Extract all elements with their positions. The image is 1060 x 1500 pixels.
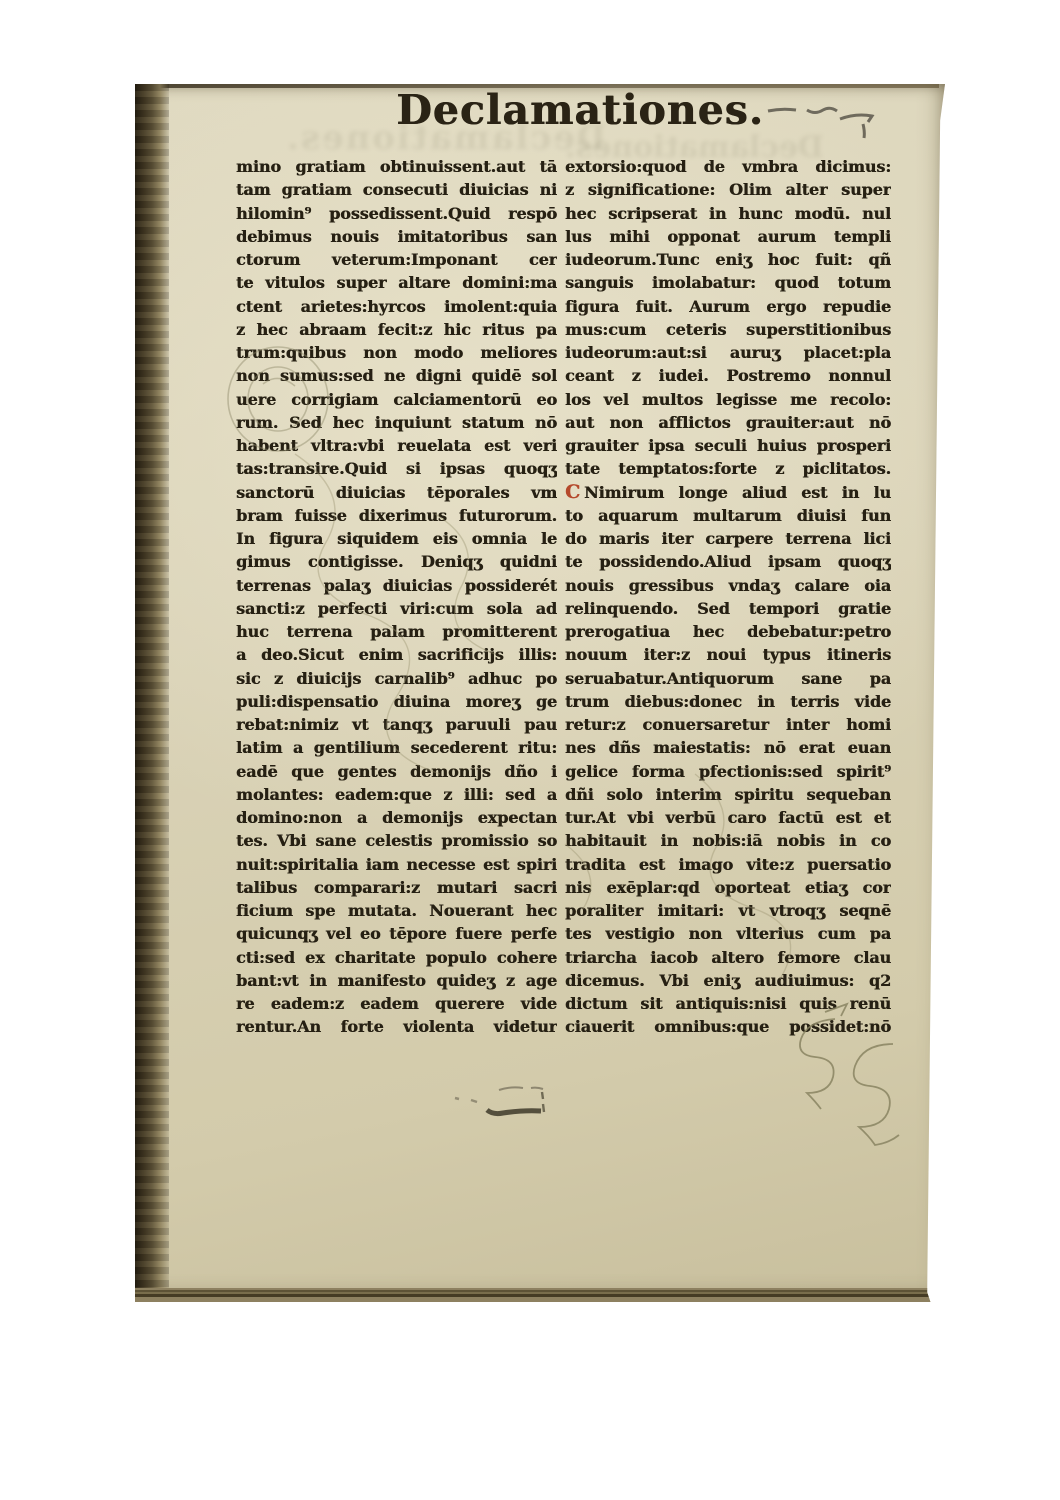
book-page: Declamationes. Declamationes. Declamatio… (135, 84, 945, 1302)
text-line: ctent arietes:hyrcos imolent:quia (236, 295, 557, 318)
text-line: ceant z iudei. Postremo nonnul (565, 364, 891, 387)
text-line: ficium spe mutata. Nouerant hec (236, 899, 557, 922)
page-title: Declamationes. (375, 86, 785, 136)
text-line: z significatione: Olim alter super (565, 178, 891, 201)
text-line: sanguis imolabatur: quod totum (565, 271, 891, 294)
text-line: rentur.An forte violenta videtur (236, 1015, 557, 1038)
text-line: iudeorum:aut:si auruʒ placet:pla (565, 341, 891, 364)
text-line: sanctorū diuicias tēporales vm (236, 481, 557, 504)
text-line: rebat:nimiz vt tanqʒ paruuli pau (236, 713, 557, 736)
text-line: gelice forma pfectionis:sed spirit⁹ (565, 760, 891, 783)
text-line: te possidendo.Aliud ipsam quoqʒ (565, 550, 891, 573)
text-line: CNimirum longe aliud est in lu (565, 481, 891, 504)
text-line: triarcha iacob altero femore clau (565, 946, 891, 969)
scanned-book-photo: Declamationes. Declamationes. Declamatio… (0, 0, 1060, 1500)
text-line: los vel multos legisse me recolo: (565, 388, 891, 411)
text-line: dicemus. Vbi eniʒ audiuimus: q2 (565, 969, 891, 992)
text-line: nuit:spiritalia iam necesse est spiri (236, 853, 557, 876)
text-line: tas:transire.Quid si ipsas quoqʒ (236, 457, 557, 480)
page-bottom-edges (135, 1288, 945, 1302)
text-line: nes dñs maiestatis: nō erat euan (565, 736, 891, 759)
text-line: tate temptatos:forte z piclitatos. (565, 457, 891, 480)
text-line: hilomin⁹ possedissent.Quid respō (236, 202, 557, 225)
text-line: sic z diuicijs carnalib⁹ adhuc po (236, 667, 557, 690)
text-line: non sumus:sed ne digni quidē sol (236, 364, 557, 387)
text-line: to aquarum multarum diuisi fun (565, 504, 891, 527)
text-line: ctorum veterum:Imponant cer (236, 248, 557, 271)
text-line: iudeorum.Tunc eniʒ hoc fuit: qñ (565, 248, 891, 271)
text-line: a deo.Sicut enim sacrificijs illis: (236, 643, 557, 666)
text-line: poraliter imitari: vt vtroqʒ seqnē (565, 899, 891, 922)
text-line: talibus comparari:z mutari sacri (236, 876, 557, 899)
text-line: mus:cum ceteris superstitionibus (565, 318, 891, 341)
text-line: extorsio:quod de vmbra dicimus: (565, 155, 891, 178)
binding-edge (135, 84, 169, 1302)
text-line: aut non afflictos grauiter:aut nō (565, 411, 891, 434)
text-line: quicunqʒ vel eo tēpore fuere perfe (236, 922, 557, 945)
text-line: rum. Sed hec inquiunt statum nō (236, 411, 557, 434)
text-line: latim a gentilium secederent ritu: (236, 736, 557, 759)
text-line: sancti:z perfecti viri:cum sola ad (236, 597, 557, 620)
text-line: habitauit in nobis:iā nobis in co (565, 829, 891, 852)
text-line: gimus contigisse. Deniqʒ quidni (236, 550, 557, 573)
text-column-right: extorsio:quod de vmbra dicimus:z signifi… (565, 155, 891, 1039)
text-line: puli:dispensatio diuina moreʒ ge (236, 690, 557, 713)
text-line: grauiter ipsa seculi huius prosperi (565, 434, 891, 457)
stamp-smudge-bottom (455, 1087, 544, 1113)
text-line: nis exēplar:qd oporteat etiaʒ cor (565, 876, 891, 899)
text-line: prerogatiua hec debebatur:petro (565, 620, 891, 643)
text-line: lus mihi opponat aurum templi (565, 225, 891, 248)
text-line: debimus nouis imitatoribus san (236, 225, 557, 248)
text-line: trum diebus:donec in terris vide (565, 690, 891, 713)
text-line: molantes: eadem:que z illi: sed a (236, 783, 557, 806)
text-line: tes vestigio non vlterius cum pa (565, 922, 891, 945)
rubric-paragraph-mark: C (565, 481, 584, 503)
text-line: dictum sit antiquis:nisi quis renū (565, 992, 891, 1015)
text-line: re eadem:z eadem querere vide (236, 992, 557, 1015)
text-line: tam gratiam consecuti diuicias ni (236, 178, 557, 201)
text-line: te vitulos super altare domini:ma (236, 271, 557, 294)
text-line: relinquendo. Sed tempori gratie (565, 597, 891, 620)
text-line: habent vltra:vbi reuelata est veri (236, 434, 557, 457)
text-line: bant:vt in manifesto quideʒ z age (236, 969, 557, 992)
text-line: retur:z conuersaretur inter homi (565, 713, 891, 736)
text-line: terrenas palaʒ diuicias possiderét (236, 574, 557, 597)
text-line: tur.At vbi verbū caro factū est et (565, 806, 891, 829)
text-line: mino gratiam obtinuissent.aut tā (236, 155, 557, 178)
text-line: cti:sed ex charitate populo cohere (236, 946, 557, 969)
text-line: ciauerit omnibus:que possidet:nō (565, 1015, 891, 1038)
text-line: hec scripserat in hunc modū. nul (565, 202, 891, 225)
text-line: tes. Vbi sane celestis promissio so (236, 829, 557, 852)
text-line: nouis gressibus vndaʒ calare oia (565, 574, 891, 597)
text-line: In figura siquidem eis omnia le (236, 527, 557, 550)
text-line: uere corrigiam calciamentorū eo (236, 388, 557, 411)
text-column-left: mino gratiam obtinuissent.aut tātam grat… (236, 155, 557, 1039)
text-line: seruabatur.Antiquorum sane pa (565, 667, 891, 690)
text-line: eadē que gentes demonijs dño i (236, 760, 557, 783)
text-line: bram fuisse dixerimus futurorum. (236, 504, 557, 527)
text-line: nouum iter:z noui typus itineris (565, 643, 891, 666)
text-line: domino:non a demonijs expectan (236, 806, 557, 829)
text-line: huc terrena palam promitterent (236, 620, 557, 643)
text-line: dñi solo interim spiritu sequeban (565, 783, 891, 806)
text-line: do maris iter carpere terrena lici (565, 527, 891, 550)
text-line: tradita est imago vite:z puersatio (565, 853, 891, 876)
text-line: z hec abraam fecit:z hic ritus pa (236, 318, 557, 341)
text-line: trum:quibus non modo meliores (236, 341, 557, 364)
text-line: figura fuit. Aurum ergo repudie (565, 295, 891, 318)
